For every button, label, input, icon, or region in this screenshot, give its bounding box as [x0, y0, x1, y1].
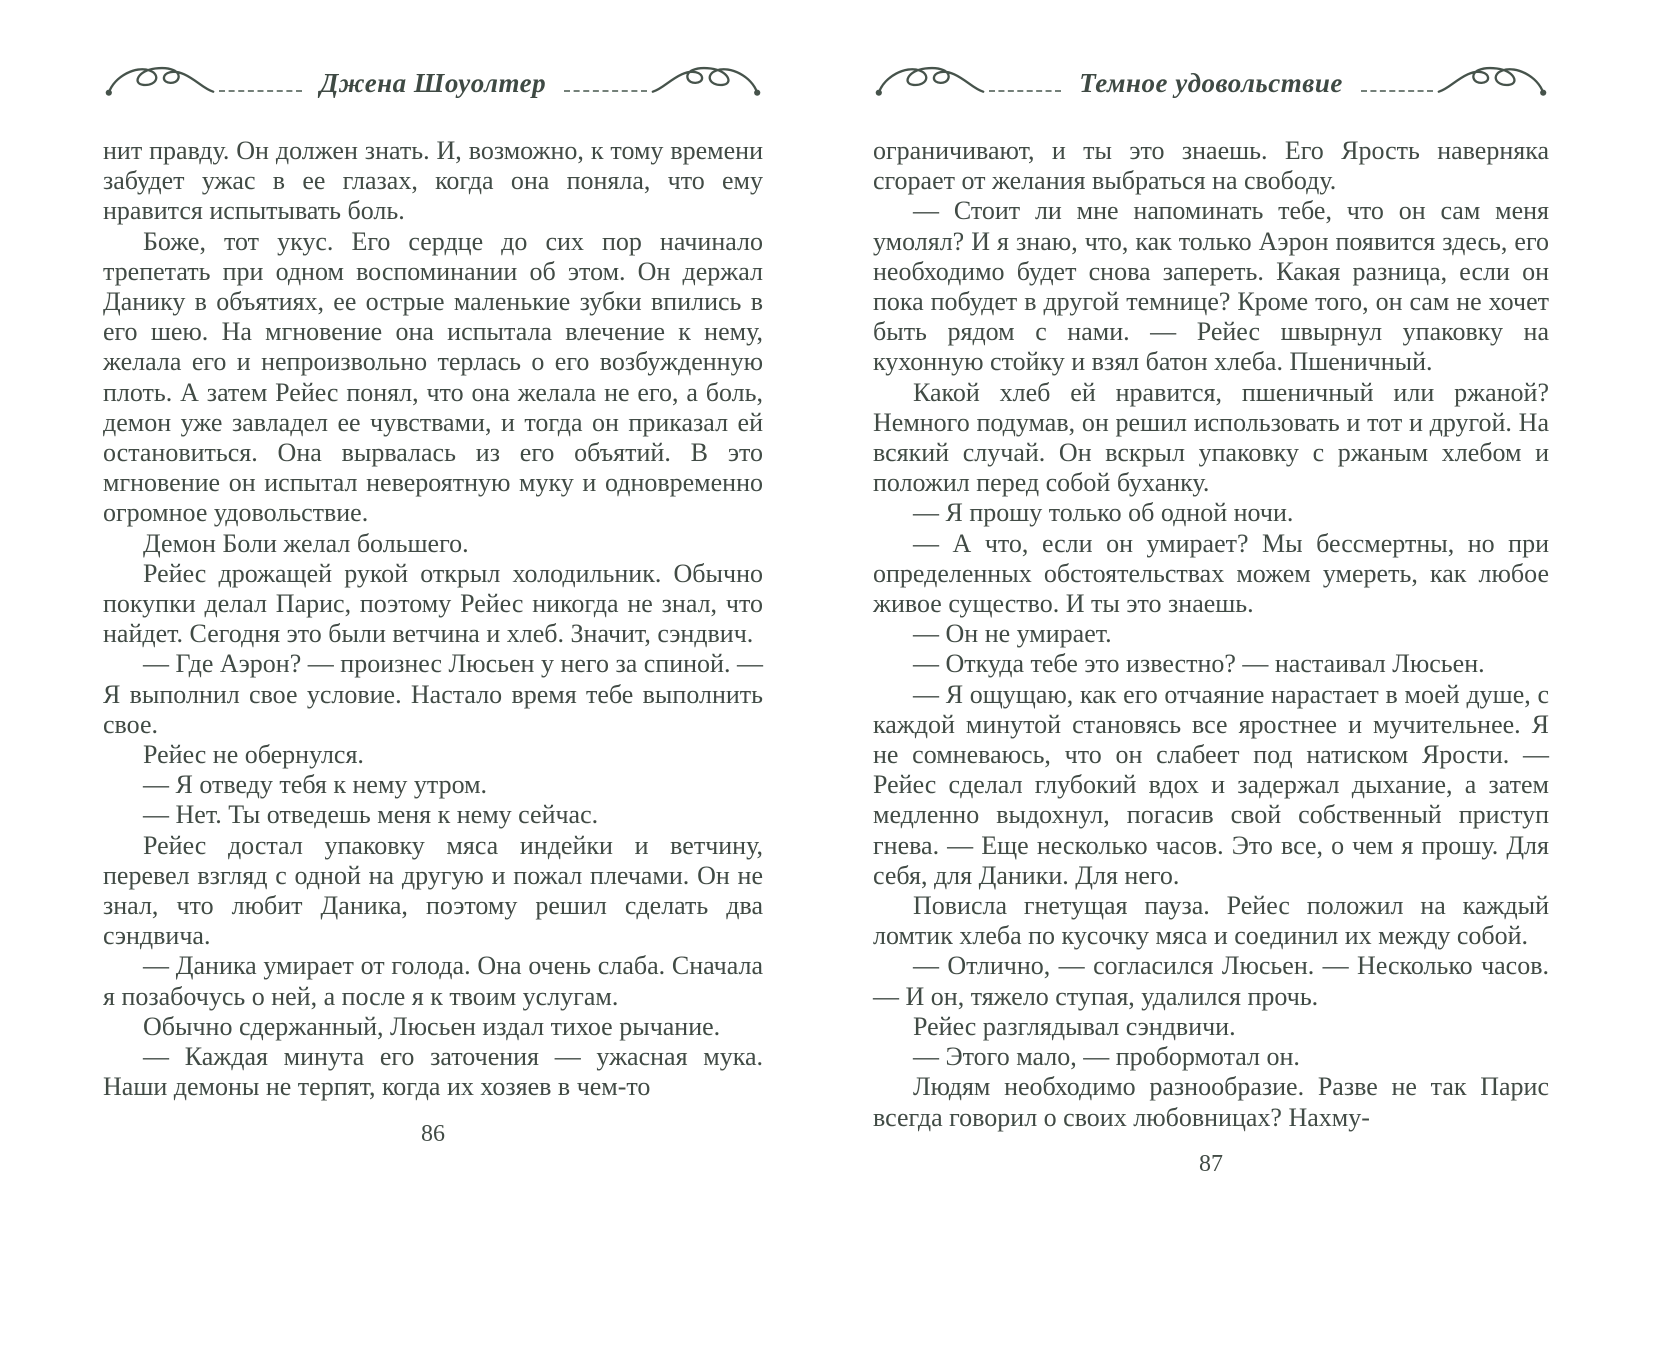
paragraph: Боже, тот укус. Его сердце до сих пор на…: [103, 227, 763, 529]
paragraph: Рейес достал упаковку мяса индейки и вет…: [103, 831, 763, 952]
header-rule: [564, 90, 647, 92]
right-page-header: Темное удовольствие: [873, 60, 1549, 106]
paragraph: Демон Боли желал большего.: [103, 529, 763, 559]
paragraph: Рейес не обернулся.: [103, 740, 763, 770]
paragraph: Повисла гнетущая пауза. Рейес положил на…: [873, 891, 1549, 951]
page-number-left: 86: [103, 1121, 763, 1148]
paragraph: — Каждая минута его заточения — ужасная …: [103, 1042, 763, 1102]
paragraph: — Отлично, — согласился Люсьен. — Нескол…: [873, 951, 1549, 1011]
flourish-ornament-left-icon: [873, 61, 989, 105]
paragraph: — Он не умирает.: [873, 619, 1549, 649]
paragraph: — Даника умирает от голода. Она очень сл…: [103, 951, 763, 1011]
paragraph: — Где Аэрон? — произнес Люсьен у него за…: [103, 649, 763, 740]
paragraph: Обычно сдержанный, Люсьен издал тихое ры…: [103, 1012, 763, 1042]
running-head-author: Джена Шоуолтер: [302, 68, 564, 99]
paragraph: — Этого мало, — пробормотал он.: [873, 1042, 1549, 1072]
flourish-ornament-right-icon: [1433, 61, 1549, 105]
paragraph: Какой хлеб ей нравится, пшеничный или рж…: [873, 378, 1549, 499]
page-number-right: 87: [873, 1151, 1549, 1178]
flourish-ornament-right-icon: [647, 61, 763, 105]
paragraph: нит правду. Он должен знать. И, возможно…: [103, 136, 763, 227]
running-head-book-title: Темное удовольствие: [1061, 68, 1361, 99]
paragraph: Рейес разглядывал сэндвичи.: [873, 1012, 1549, 1042]
left-page: Джена Шоуолтер нит правду. Он должен зна…: [103, 60, 763, 1148]
right-page-text: ограничивают, и ты это знаешь. Его Ярост…: [873, 136, 1549, 1133]
header-rule: [989, 90, 1061, 92]
book-spread: Джена Шоуолтер нит правду. Он должен зна…: [0, 0, 1672, 1178]
paragraph: — А что, если он умирает? Мы бессмертны,…: [873, 529, 1549, 620]
paragraph: — Я ощущаю, как его отчаяние нарастает в…: [873, 680, 1549, 891]
paragraph: — Нет. Ты отведешь меня к нему сейчас.: [103, 800, 763, 830]
left-page-header: Джена Шоуолтер: [103, 60, 763, 106]
left-page-text: нит правду. Он должен знать. И, возможно…: [103, 136, 763, 1103]
paragraph: Людям необходимо разнообразие. Разве не …: [873, 1072, 1549, 1132]
header-rule: [1361, 90, 1433, 92]
paragraph: — Я отведу тебя к нему утром.: [103, 770, 763, 800]
flourish-ornament-left-icon: [103, 61, 219, 105]
header-rule: [219, 90, 302, 92]
paragraph: — Я прошу только об одной ночи.: [873, 498, 1549, 528]
paragraph: — Откуда тебе это известно? — настаивал …: [873, 649, 1549, 679]
paragraph: — Стоит ли мне напоминать тебе, что он с…: [873, 196, 1549, 377]
paragraph: Рейес дрожащей рукой открыл холодильник.…: [103, 559, 763, 650]
right-page: Темное удовольствие ограничивают, и ты э…: [873, 60, 1549, 1178]
paragraph: ограничивают, и ты это знаешь. Его Ярост…: [873, 136, 1549, 196]
